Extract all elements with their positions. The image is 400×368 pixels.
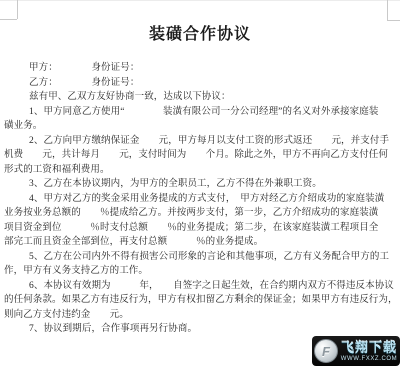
document-line: 7、协议到期后，合作事项再另行协商。 [4, 322, 400, 337]
watermark-text: 飞翔下载 WWW.FXXZ.COM [338, 341, 400, 362]
document-line: 5、乙方在公司内外不得有损害公司形象的言论和其他事项，乙方有义务配合甲方的工 [4, 250, 400, 265]
document-line: 形式的工资和福利费用。 [4, 163, 400, 178]
page-top-edge [0, 0, 400, 1]
document-line: 3、乙方在本协议期内，为甲方的全职员工，乙方不得在外兼职工资。 [4, 177, 400, 192]
document-line: 业务按业务总额的 ％提成给乙方。并按两步支付，第一步，乙方介绍成功的家庭装潢 [4, 206, 400, 221]
document-line: 部完工而且资金全部到位，再支付总额 ％的业务提成。 [4, 235, 400, 250]
document-line: 1、甲方同意乙方使用“ 装潢有限公司一分公司经理”的名义对外承接家庭装 [4, 105, 400, 120]
document-line: 乙方： 身份证号： [4, 76, 400, 91]
margin-crop-mark-top-left [0, 19, 17, 20]
margin-crop-mark-top-right [387, 0, 388, 20]
document-line: 则向乙方支付违约金 元。 [4, 308, 400, 323]
watermark-badge: F 飞翔下载 WWW.FXXZ.COM [312, 336, 400, 366]
document-page: 装磺合作协议 甲方： 身份证号：乙方： 身份证号：兹有甲、乙双方友好协商一致，达… [0, 0, 400, 368]
document-line: 机费 元，共计每月 元，支付时间为 个月。除此之外，甲方不再向乙方支付任何 [4, 148, 400, 163]
fxxz-logo-letter: F [322, 344, 330, 359]
watermark-site-name: 飞翔下载 [338, 341, 400, 354]
watermark-site-url: WWW.FXXZ.COM [338, 356, 400, 362]
margin-crop-mark-top-left [17, 0, 18, 19]
document-line: 甲方： 身份证号： [4, 61, 400, 76]
document-body: 甲方： 身份证号：乙方： 身份证号：兹有甲、乙双方友好协商一致，达成以下协议：1… [4, 61, 400, 337]
document-line: 2、乙方向甲方缴纳保证金 元，甲方每月以支付工资的形式返还 元，并支付手 [4, 134, 400, 149]
document-line: 作，甲方有义务支持乙方的工作。 [4, 264, 400, 279]
document-line: 兹有甲、乙双方友好协商一致，达成以下协议： [4, 90, 400, 105]
fxxz-logo-icon: F [314, 339, 338, 363]
document-title: 装磺合作协议 [0, 21, 400, 44]
document-line: 4、甲方对乙方的奖金采用业务提成的方式支付， 甲方对经乙方介绍成功的家庭装潢 [4, 192, 400, 207]
document-line: 磺业务。 [4, 119, 400, 134]
document-line: 6、本协议有效期为 年， 自签字之日起生效，在合约期内双方不得违反本协议 [4, 279, 400, 294]
document-line: 项目资金到位 ％时支付总额 ％的业务提成；第二步，在该家庭装潢工程项目全 [4, 221, 400, 236]
document-line: 的任何条款。如果乙方有违反行为，甲方有权扣留乙方剩余的保证金；如果甲方有违反行为… [4, 293, 400, 308]
